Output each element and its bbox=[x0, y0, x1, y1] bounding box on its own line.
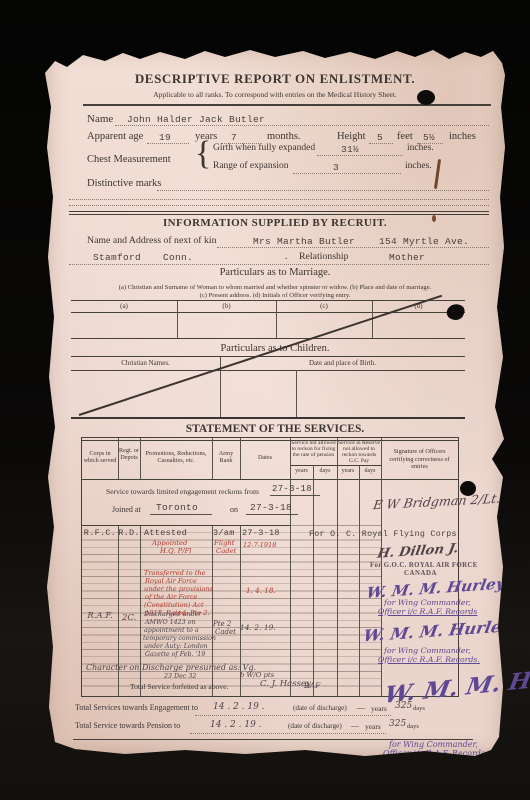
months-label: months. bbox=[267, 131, 301, 142]
girth-unit: inches. bbox=[407, 143, 434, 153]
joined-label: Joined at bbox=[112, 505, 141, 514]
col-corps: Corps in which served bbox=[83, 450, 117, 464]
services-v6 bbox=[313, 465, 314, 696]
joined-date: 27-3-18 bbox=[246, 502, 298, 515]
kin-line-2 bbox=[69, 264, 489, 265]
forfeit-label: Total Service forfeited as above. bbox=[130, 682, 228, 691]
attested-regt: R.D. bbox=[118, 528, 140, 538]
total-engagement-label: Total Services towards Engagement to bbox=[75, 703, 198, 712]
relationship-label: Relationship bbox=[299, 251, 349, 262]
age-line bbox=[147, 143, 189, 144]
col-regt: Regt. or Depots bbox=[119, 447, 139, 461]
signature-dillon: H. Dillon J. bbox=[376, 541, 460, 562]
total-pension-label: Total Service towards Pension to bbox=[75, 721, 180, 730]
forfeit-note-pts: b W/O pts bbox=[240, 671, 274, 679]
name-label: Name bbox=[87, 113, 113, 125]
chest-brace: { bbox=[195, 137, 211, 171]
total-pension-years-label: years bbox=[365, 722, 381, 731]
services-heading: STATEMENT OF THE SERVICES. bbox=[45, 423, 505, 435]
services-header-rule bbox=[82, 479, 458, 480]
kin-state-value: Conn. bbox=[163, 252, 193, 263]
discharged-date: 14. 2. 19. bbox=[240, 623, 276, 632]
reserve-days-label: days bbox=[359, 468, 381, 474]
transferred-note-line2: Royal Air Force bbox=[145, 577, 197, 585]
inches-value: 5½ bbox=[423, 132, 435, 143]
transferred-note-line1: Transferred to the bbox=[144, 569, 206, 577]
total-pension-date: 14 . 2 . 19 . bbox=[210, 720, 262, 730]
feet-label: feet bbox=[397, 131, 413, 142]
final-signature-sub1: for Wing Commander, bbox=[389, 740, 478, 749]
services-table: Corps in which served Regt. or Depots Pr… bbox=[81, 437, 459, 697]
appointed-date: 12-7-1918 bbox=[243, 541, 276, 549]
stamp-goc-line2: CANADA bbox=[404, 570, 437, 577]
feet-line bbox=[369, 143, 393, 144]
total-engagement-days-label: days bbox=[413, 705, 425, 712]
kin-line bbox=[217, 247, 489, 248]
col-pension: Service not allowed to reckon for fixing… bbox=[291, 440, 336, 458]
signature-bridgman: E W Bridgman 2/Lt. bbox=[372, 491, 502, 513]
children-divider-2 bbox=[296, 370, 297, 417]
expansion-line bbox=[293, 173, 401, 174]
transferred-note-line4: of the Air Force bbox=[145, 593, 197, 601]
children-col-names: Christian Names. bbox=[71, 359, 220, 367]
kin-street-value: 154 Myrtle Ave. bbox=[379, 236, 469, 247]
signature-hurley-1-sub1: for Wing Commander, bbox=[384, 598, 471, 607]
total-pension-days-label: days bbox=[407, 723, 419, 730]
pension-days-label: days bbox=[313, 468, 337, 474]
marriage-heading: Particulars as to Marriage. bbox=[45, 267, 505, 278]
page-title: DESCRIPTIVE REPORT ON ENLISTMENT. bbox=[45, 71, 505, 87]
chest-label: Chest Measurement bbox=[87, 154, 171, 165]
marks-label: Distinctive marks bbox=[87, 178, 161, 189]
photograph-background: DESCRIPTIVE REPORT ON ENLISTMENT. Applic… bbox=[0, 0, 530, 800]
signature-hurley-1-sub2: Officer i/c R.A.F. Records bbox=[378, 607, 477, 616]
marriage-note-1: (a) Christian and Surname of Woman to wh… bbox=[45, 284, 505, 291]
transferred-date: 1. 4. 18. bbox=[246, 586, 276, 595]
inches-label: inches bbox=[449, 131, 476, 142]
name-value: John Halder Jack Butler bbox=[127, 114, 265, 125]
page-subtitle: Applicable to all ranks. To correspond w… bbox=[45, 90, 505, 99]
marks-line bbox=[157, 190, 489, 191]
services-v5 bbox=[290, 438, 291, 696]
transferred-note-line5: (Constitution) Act bbox=[144, 601, 204, 609]
appointed-rank-2: Cadet bbox=[216, 547, 236, 555]
discharged-note-line1: Discharged under bbox=[144, 611, 201, 618]
children-table: Christian Names. Date and place of Birth… bbox=[71, 356, 465, 419]
total-pension-days-value: 325 bbox=[389, 719, 406, 729]
kin-name-value: Mrs Martha Butler bbox=[253, 236, 355, 247]
age-label: Apparent age bbox=[87, 131, 143, 142]
forfeit-note-date: 23 Dec 32 bbox=[164, 673, 196, 680]
attested-corps: R.F.C. bbox=[82, 528, 118, 538]
total-engagement-dash: — bbox=[357, 703, 365, 712]
attested-row-rule bbox=[82, 525, 290, 526]
services-v7 bbox=[337, 438, 338, 696]
col-reserve: Service in Reserve not allowed to reckon… bbox=[338, 440, 380, 464]
height-label: Height bbox=[337, 131, 366, 142]
appointed-note-2: H.Q. P/Fl bbox=[160, 547, 191, 555]
attested-event: Attested bbox=[144, 528, 187, 538]
appointed-rank-1: Flight bbox=[214, 539, 235, 547]
attested-rank: 3/am bbox=[213, 528, 235, 538]
transferred-note-line3: under the provisions bbox=[144, 585, 213, 593]
col-rank: Army Rank bbox=[213, 450, 239, 464]
col-dates: Dates bbox=[241, 454, 289, 461]
discharged-regt: 2C. bbox=[122, 613, 136, 623]
total-pension-line bbox=[190, 733, 386, 734]
discharged-rank-1: Pte 2 bbox=[213, 620, 231, 628]
joined-on-label: on bbox=[230, 505, 238, 514]
services-v2-header bbox=[140, 438, 141, 479]
signature-hurley-2: W. M. M. Hurley F.O. bbox=[362, 614, 530, 646]
stamp-goc-line1: For G.O.C. ROYAL AIR FORCE bbox=[370, 562, 478, 569]
discharged-rank-2: Cadet bbox=[215, 628, 236, 636]
girth-label: Girth when fully expanded bbox=[213, 143, 315, 153]
total-pension-note: (date of discharge) bbox=[288, 722, 342, 730]
discharged-note-line2: AMWO 1423 on bbox=[145, 619, 196, 626]
children-header-rule bbox=[71, 370, 465, 371]
engagement-label: Service towards limited engagement recko… bbox=[106, 487, 259, 496]
discharged-note-line4: temporary commission bbox=[143, 635, 216, 642]
marriage-header-rule bbox=[71, 312, 465, 313]
appointed-note-1: Appointed bbox=[152, 539, 187, 547]
discharged-note-line5: under Auty: London bbox=[144, 643, 208, 650]
services-subheader-rule bbox=[290, 465, 381, 466]
months-value: 7 bbox=[231, 132, 237, 143]
name-line bbox=[115, 125, 489, 126]
signature-hurley-2-sub2: Officer i/c R.A.F. Records. bbox=[378, 655, 480, 664]
signature-hurley-2-sub1: for Wing Commander, bbox=[384, 646, 471, 655]
section-rule-b bbox=[69, 214, 489, 215]
age-value: 19 bbox=[159, 132, 171, 143]
discharged-corps: R.A.F. bbox=[82, 611, 118, 621]
ink-blot-top bbox=[417, 90, 435, 105]
relationship-value: Mother bbox=[389, 252, 425, 263]
ink-speck bbox=[432, 215, 436, 222]
joined-place: Toronto bbox=[150, 502, 212, 515]
engagement-date: 27-3-18 bbox=[270, 484, 320, 496]
col-promotions: Promotions, Reductions, Casualties, etc. bbox=[142, 450, 210, 464]
total-engagement-note: (date of discharge) bbox=[293, 704, 347, 712]
ink-streak bbox=[434, 159, 441, 189]
marriage-col-a: (a) bbox=[71, 302, 177, 310]
girth-line bbox=[317, 155, 403, 156]
ink-blot-lower bbox=[460, 481, 476, 496]
attested-date: 27-3-18 bbox=[242, 528, 280, 538]
col-signature: Signature of Officers certifying correct… bbox=[382, 448, 457, 471]
expansion-unit: inches. bbox=[405, 161, 432, 171]
reserve-years-label: years bbox=[337, 468, 359, 474]
discharged-note-line6: Gazette of Feb. '19 bbox=[145, 651, 205, 658]
character-note: Character on Discharge presumed as: Vg. bbox=[86, 663, 256, 672]
filler-dots-1 bbox=[69, 199, 489, 200]
section-rule-a bbox=[69, 211, 489, 212]
kin-period: . bbox=[285, 251, 288, 262]
expansion-label: Range of expansion bbox=[213, 161, 288, 171]
total-engagement-line bbox=[195, 715, 391, 716]
feet-value: 5 bbox=[377, 132, 383, 143]
children-col-birth: Date and place of Birth. bbox=[220, 359, 465, 367]
pension-years-label: years bbox=[290, 468, 313, 474]
final-signature-sub2: Officer i/c R.A.F. Records bbox=[383, 749, 485, 758]
attested-signature: For O. C. Royal Flying Corps bbox=[309, 530, 457, 539]
kin-city-value: Stamford bbox=[93, 252, 141, 263]
services-v8 bbox=[359, 465, 360, 696]
recruit-heading: INFORMATION SUPPLIED BY RECRUIT. bbox=[45, 217, 505, 229]
document-page: DESCRIPTIVE REPORT ON ENLISTMENT. Applic… bbox=[45, 47, 505, 756]
total-engagement-date: 14 . 2 . 19 . bbox=[213, 702, 265, 712]
girth-value: 31½ bbox=[341, 144, 359, 155]
services-top-inner-rule bbox=[82, 440, 458, 441]
kin-label: Name and Address of next of kin bbox=[87, 235, 217, 246]
discharged-note-line3: appointment to a bbox=[144, 627, 199, 634]
total-pension-dash: — bbox=[351, 721, 359, 730]
marriage-col-b: (b) bbox=[177, 302, 276, 310]
forfeit-corps: RAF bbox=[304, 681, 320, 690]
filler-dots-2 bbox=[69, 205, 489, 206]
marriage-col-c: (c) bbox=[276, 302, 372, 310]
expansion-value: 3 bbox=[333, 162, 339, 173]
